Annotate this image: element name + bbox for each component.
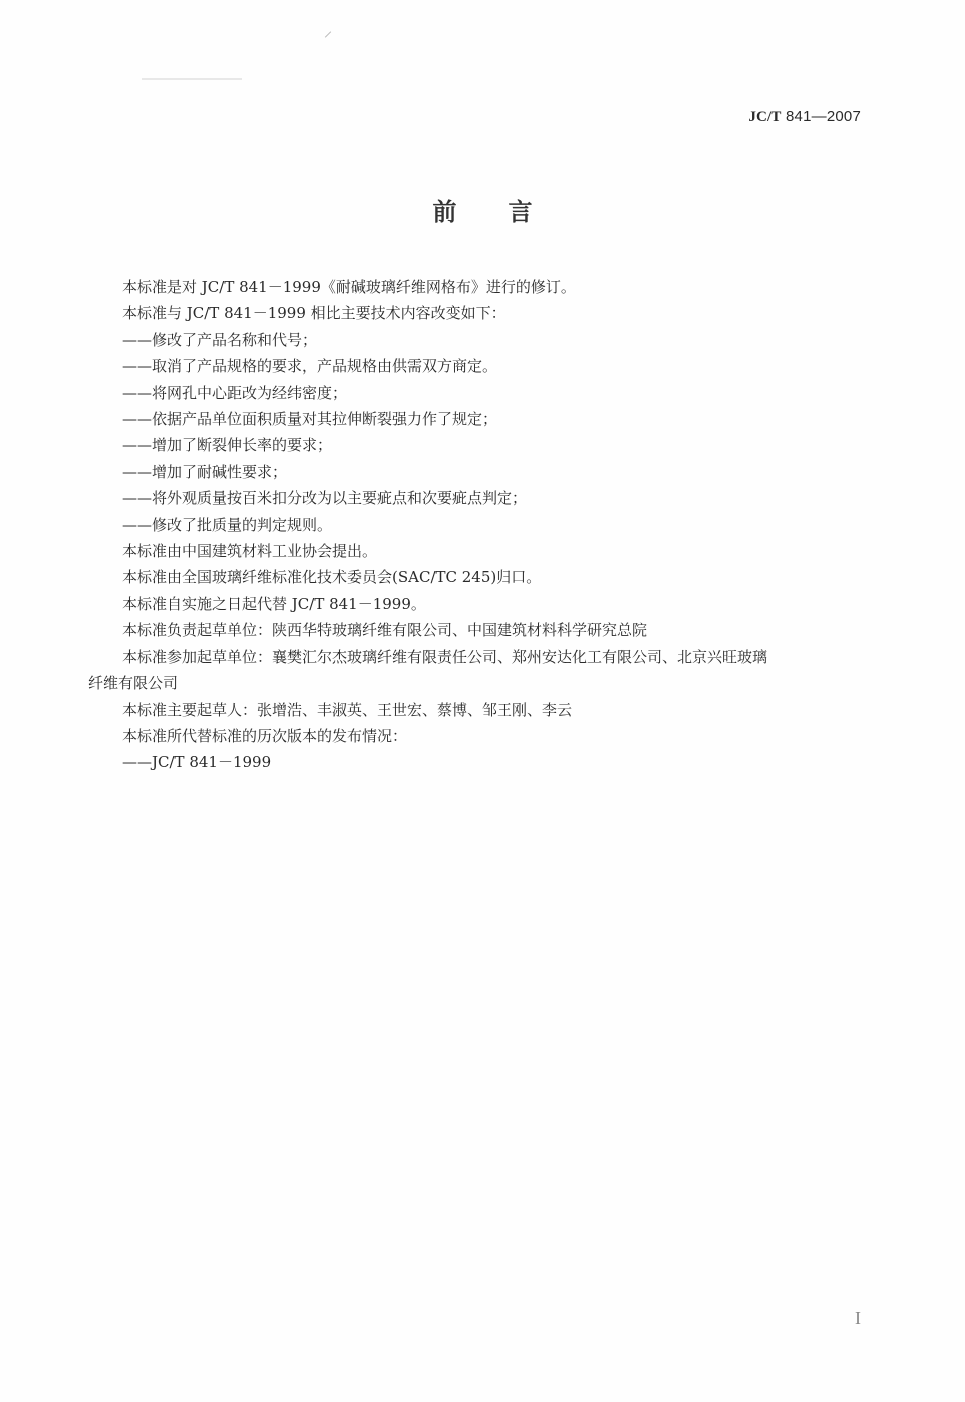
paragraph-main-drafters: 本标准主要起草人：张增浩、丰淑英、王世宏、蔡博、邹王刚、李云 [88, 697, 878, 723]
paragraph-replaces: 本标准自实施之日起代替 JC/T 841－1999。 [88, 591, 878, 617]
paragraph-lead-drafters: 本标准负责起草单位：陕西华特玻璃纤维有限公司、中国建筑材料科学研究总院 [88, 617, 878, 643]
standard-code-prefix: JC/T [748, 109, 781, 125]
page-title: 前言 [0, 192, 965, 227]
list-item-change: ——将外观质量按百米扣分改为以主要疵点和次要疵点判定； [88, 485, 878, 511]
list-item-change: ——增加了断裂伸长率的要求； [88, 432, 878, 458]
scan-artifact-mark [325, 31, 331, 37]
paragraph-revision-of: 本标准是对 JC/T 841－1999《耐碱玻璃纤维网格布》进行的修订。 [88, 274, 878, 300]
page-number: I [855, 1308, 861, 1329]
list-item-change: ——将网孔中心距改为经纬密度； [88, 380, 878, 406]
document-page: JC/T 841—2007 前言 本标准是对 JC/T 841－1999《耐碱玻… [0, 0, 965, 1402]
paragraph-participating-drafters-continued: 纤维有限公司 [88, 670, 878, 696]
list-item-previous-version: ——JC/T 841－1999 [88, 749, 878, 775]
standard-code: JC/T 841—2007 [748, 108, 861, 126]
scan-artifact-bar [142, 78, 242, 80]
list-item-change: ——增加了耐碱性要求； [88, 459, 878, 485]
list-item-change: ——取消了产品规格的要求，产品规格由供需双方商定。 [88, 353, 878, 379]
list-item-change: ——修改了产品名称和代号； [88, 327, 878, 353]
paragraph-changes-intro: 本标准与 JC/T 841－1999 相比主要技术内容改变如下： [88, 300, 878, 326]
list-item-change: ——修改了批质量的判定规则。 [88, 512, 878, 538]
list-item-change: ——依据产品单位面积质量对其拉伸断裂强力作了规定； [88, 406, 878, 432]
standard-code-suffix: 841—2007 [782, 108, 861, 125]
paragraph-centralized-by: 本标准由全国玻璃纤维标准化技术委员会(SAC/TC 245)归口。 [88, 564, 878, 590]
paragraph-version-history: 本标准所代替标准的历次版本的发布情况： [88, 723, 878, 749]
paragraph-proposed-by: 本标准由中国建筑材料工业协会提出。 [88, 538, 878, 564]
paragraph-participating-drafters: 本标准参加起草单位：襄樊汇尔杰玻璃纤维有限责任公司、郑州安达化工有限公司、北京兴… [88, 644, 878, 670]
foreword-body: 本标准是对 JC/T 841－1999《耐碱玻璃纤维网格布》进行的修订。 本标准… [88, 274, 878, 776]
